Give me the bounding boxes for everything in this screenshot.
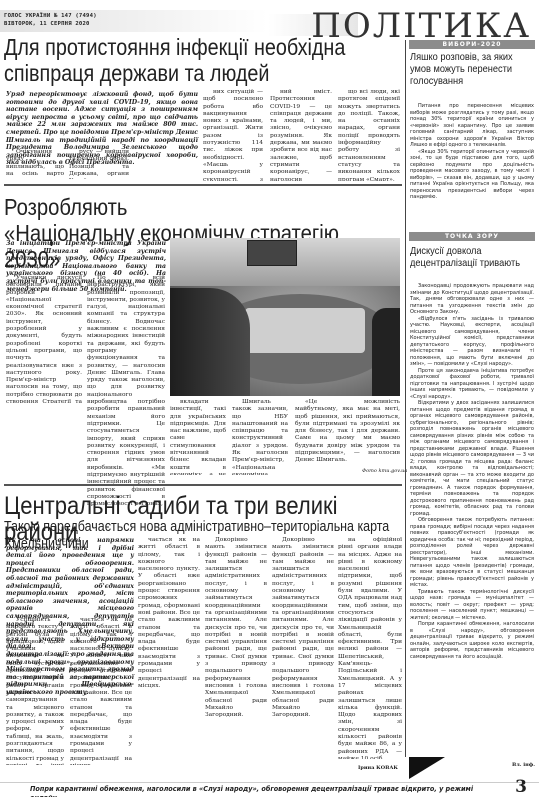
- article2-col2: По всій інфраструктурі, який розвивали п…: [87, 275, 165, 507]
- article2-headline-line1: Розробляють: [4, 194, 127, 220]
- meeting-photo: [170, 238, 400, 396]
- sidebar-signature: Вл. інф.: [512, 762, 535, 768]
- article3-col3: Докорінно мають змінитися функції районі…: [205, 537, 267, 765]
- sidebar-label-elections: ВИБОРИ-2020: [409, 40, 535, 49]
- sidebar-headline-elections: Ляшко розповів, за яких умов можуть пере…: [410, 51, 533, 87]
- page-fold-corner: [409, 757, 445, 779]
- article3-col3b: Докорінно мають змінитися функції районі…: [272, 537, 334, 765]
- sidebar-body-viewpoint: Законодавці продовжують працювати над зм…: [410, 283, 534, 759]
- article3-col1: Успішність мирового тексту у регіоні бул…: [6, 617, 64, 765]
- article3-col2: чається як на житті області в цілому, та…: [70, 617, 132, 765]
- sidebar-headline-viewpoint: Дискусії довкола децентралізації тривают…: [410, 245, 533, 269]
- footer-tagline: Попри карантинні обмеження, наголосили в…: [30, 784, 480, 797]
- issue-number: ГОЛОС УКРАЇНИ № 147 (7494): [4, 12, 97, 20]
- photo-credit: Фото kmu.gov.ua: [362, 468, 407, 474]
- article1-col4: ний вміст. Протистояння COVID-19 — це сп…: [270, 89, 332, 181]
- article3-signature: Ірина КОВАК: [358, 765, 398, 771]
- article1-col3: них ситуацій — щоб посилено робота вбо в…: [203, 89, 263, 181]
- photo-attendees: [170, 288, 250, 396]
- photo-table-center: [245, 308, 365, 353]
- divider-article2: [4, 484, 402, 486]
- issue-date: ВІВТОРОК, 11 СЕРПНЯ 2020: [4, 20, 97, 28]
- divider-article1: [4, 184, 402, 186]
- article1-col5: що всі люди, які протягом епідемії можут…: [338, 89, 400, 181]
- article2-col1: Учасники дискусії обговорили питання роз…: [6, 275, 82, 403]
- article2-col3: вкладати інвестиції, такі для українськи…: [170, 399, 226, 475]
- article2-col5: «Це можливість майбутньому, яка має на м…: [295, 399, 400, 467]
- sidebar-label-viewpoint: ТОЧКА ЗОРУ: [409, 232, 535, 241]
- masthead-meta: ГОЛОС УКРАЇНИ № 147 (7494) ВІВТОРОК, 11 …: [4, 12, 97, 28]
- sidebar-divider: [405, 40, 406, 757]
- article1-col2: русу — вийшли та реальний образ. Позиція…: [69, 149, 129, 179]
- photo-attendee-right: [372, 308, 400, 396]
- photo-screen: [247, 240, 297, 266]
- article1-col1: Очікування уряду випливають, що на осінь…: [6, 149, 64, 179]
- article1-headline: Для протистояння інфекції необхідна спів…: [4, 34, 400, 86]
- sidebar-body-elections: Питання про перенесення місцевих виборів…: [410, 103, 534, 221]
- article2-col4: Шмигаль також зазначив, що НБУ налаштова…: [232, 399, 288, 475]
- article3-col4: на офіційної рівні органи влади на місця…: [338, 537, 402, 759]
- page-number: 3: [515, 777, 527, 797]
- article3-col2b: чається як на житті області в цілому, та…: [138, 537, 200, 765]
